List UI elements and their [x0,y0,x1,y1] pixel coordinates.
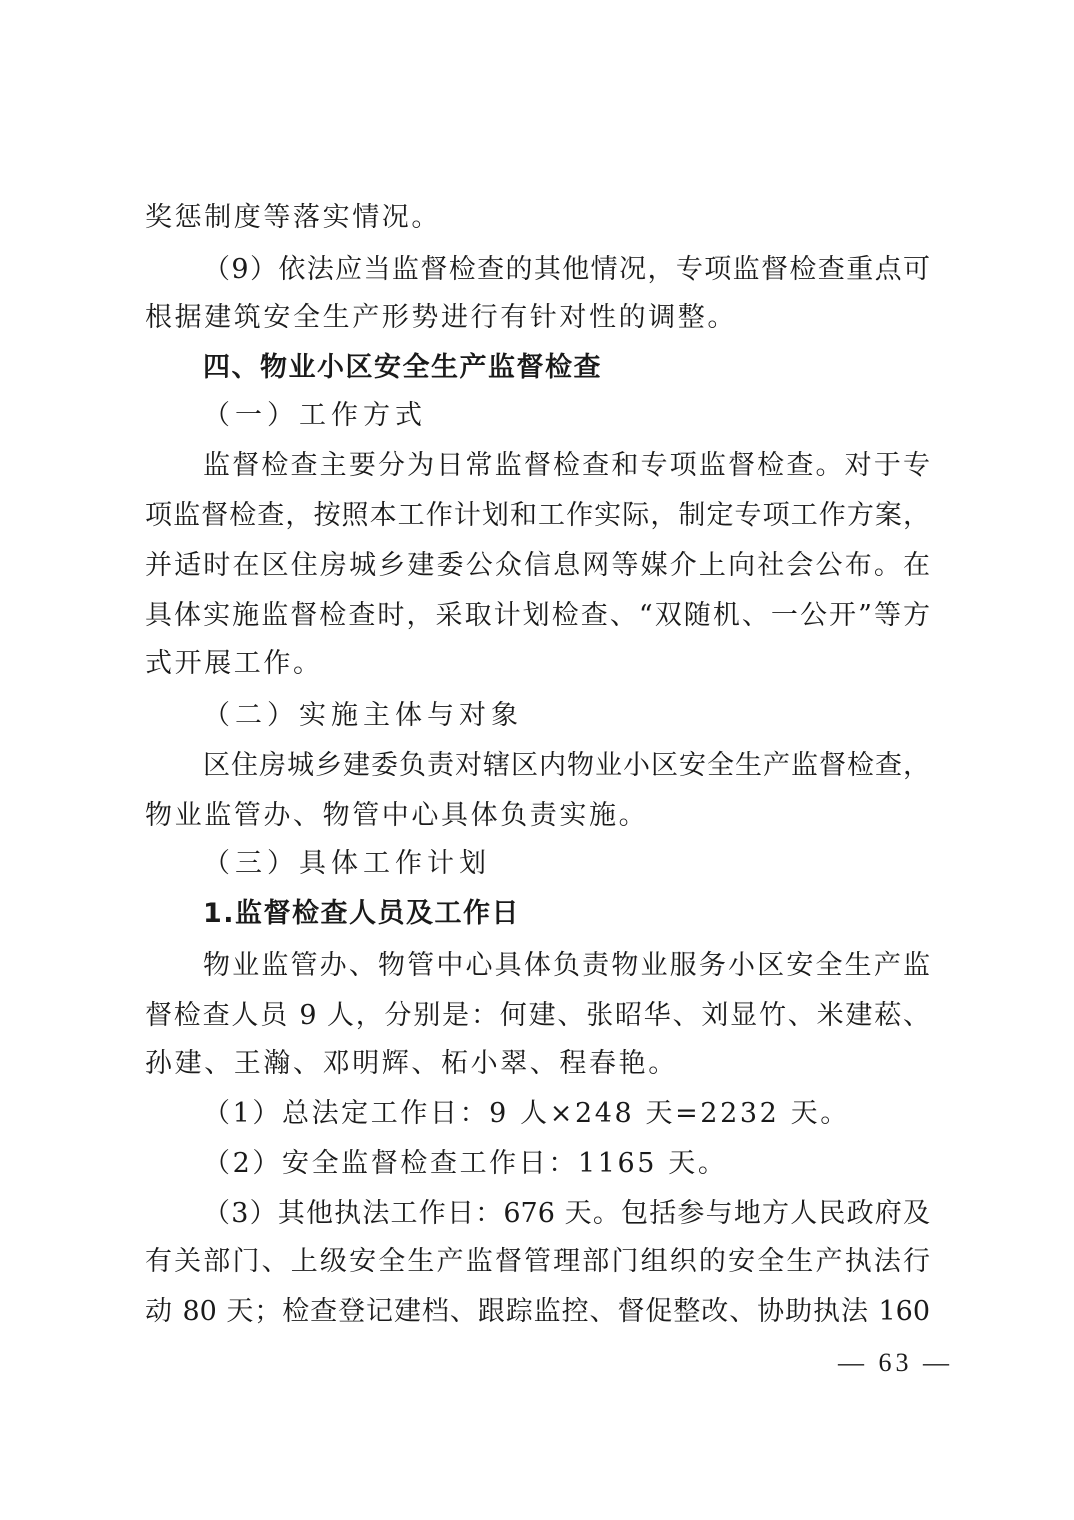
paragraph-line: 监督检查主要分为日常监督检查和专项监督检查。对于专 [203,448,930,484]
subsection-heading: （二）实施主体与对象 [203,698,930,734]
section-heading: 1.监督检查人员及工作日 [203,896,930,932]
paragraph-line: 物业监管办、物管中心具体负责实施。 [145,798,930,834]
paragraph-line: 奖惩制度等落实情况。 [145,200,930,236]
paragraph-line: （3）其他执法工作日：676 天。包括参与地方人民政府及 [203,1196,930,1232]
paragraph-line: 式开展工作。 [145,646,930,682]
section-heading: 四、物业小区安全生产监督检查 [203,350,930,386]
paragraph-line: 有关部门、上级安全生产监督管理部门组织的安全生产执法行 [145,1244,930,1280]
paragraph-line: 并适时在区住房城乡建委公众信息网等媒介上向社会公布。在 [145,548,930,584]
paragraph-line: 根据建筑安全生产形势进行有针对性的调整。 [145,300,930,336]
document-page: 奖惩制度等落实情况。（9）依法应当监督检查的其他情况，专项监督检查重点可根据建筑… [0,0,1074,1520]
paragraph-line: 项监督检查，按照本工作计划和工作实际，制定专项工作方案， [145,498,930,534]
subsection-heading: （三）具体工作计划 [203,846,930,882]
paragraph-line: 物业监管办、物管中心具体负责物业服务小区安全生产监 [203,948,930,984]
paragraph-line: 动 80 天；检查登记建档、跟踪监控、督促整改、协助执法 160 [145,1294,930,1330]
subsection-heading: （一）工作方式 [203,398,930,434]
paragraph-line: （1）总法定工作日：9 人×248 天=2232 天。 [203,1096,930,1132]
paragraph-line: 具体实施监督检查时，采取计划检查、“双随机、一公开”等方 [145,598,930,634]
paragraph-line: 督检查人员 9 人，分别是：何建、张昭华、刘显竹、米建菘、 [145,998,930,1034]
paragraph-line: （9）依法应当监督检查的其他情况，专项监督检查重点可 [203,252,930,288]
paragraph-line: （2）安全监督检查工作日：1165 天。 [203,1146,930,1182]
paragraph-line: 区住房城乡建委负责对辖区内物业小区安全生产监督检查， [203,748,930,784]
page-number: — 63 — [838,1346,953,1380]
paragraph-line: 孙建、王瀚、邓明辉、柘小翠、程春艳。 [145,1046,930,1082]
